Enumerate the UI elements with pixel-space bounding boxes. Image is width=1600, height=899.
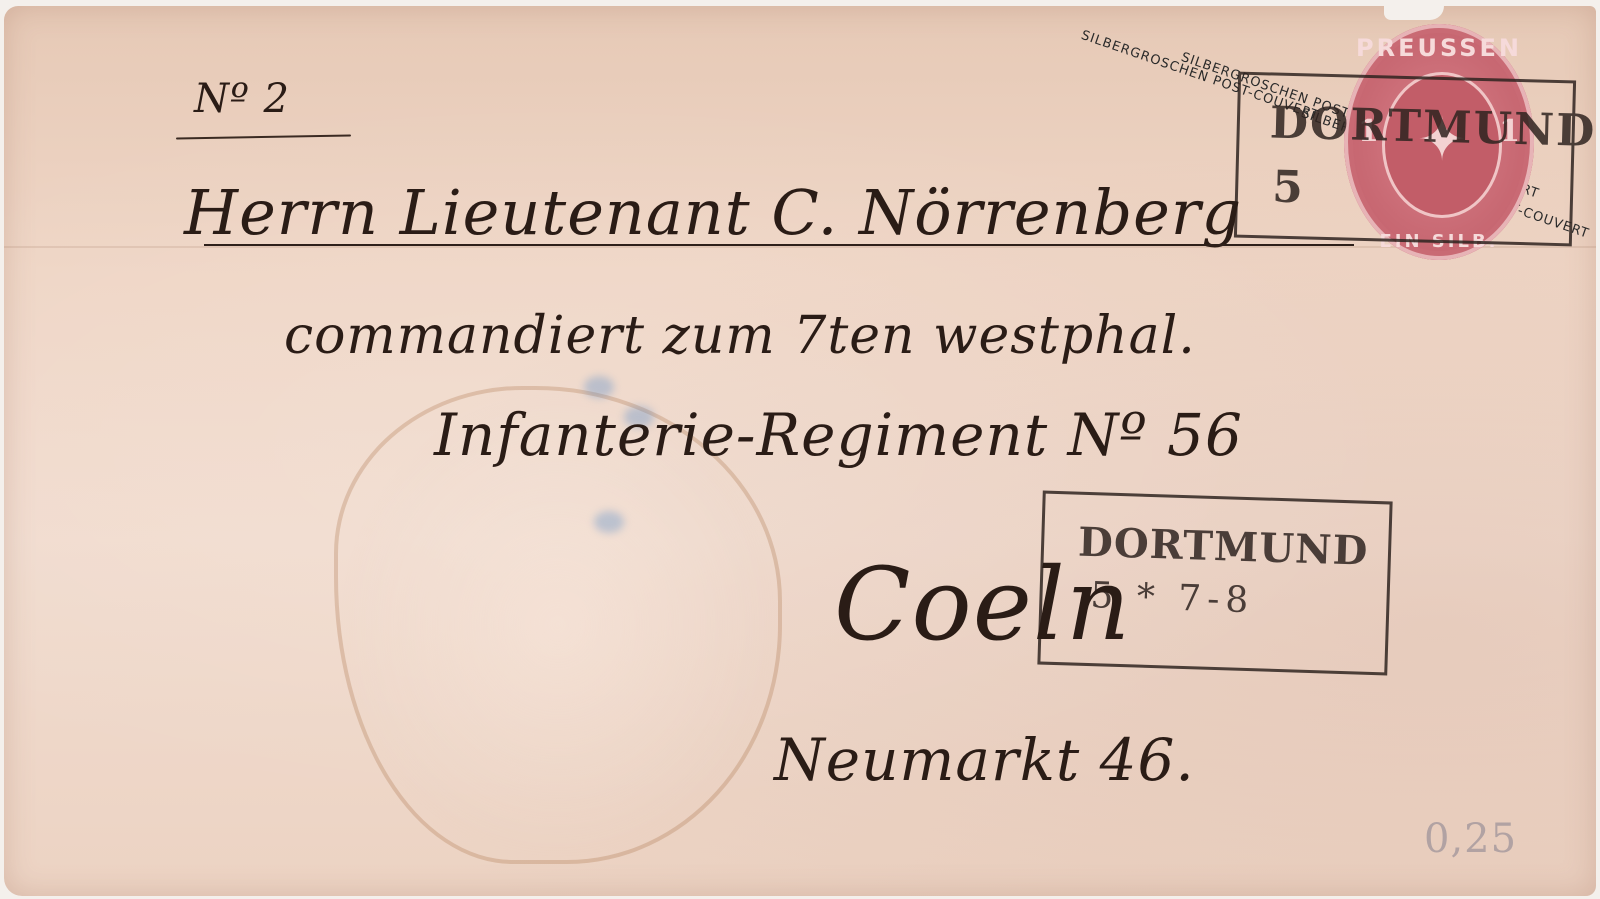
address-line-regiment: Infanterie-Regiment Nº 56 — [434, 401, 1243, 469]
ink-spot — [584, 376, 614, 398]
address-line-assignment: commandiert zum 7ten westphal. — [284, 306, 1196, 366]
address-line-street: Neumarkt 46. — [774, 726, 1195, 794]
item-number-note: Nº 2 — [194, 76, 290, 122]
postmark-city: DORTMUND — [1269, 97, 1596, 157]
torn-edge — [1384, 6, 1444, 20]
stamp-top-text: PREUSSEN — [1344, 34, 1534, 62]
ink-spot — [594, 511, 624, 533]
underline-stroke — [204, 244, 1354, 246]
postmark-date: 5 — [1272, 162, 1304, 214]
address-line-city: Coeln — [834, 546, 1131, 663]
envelope: SILBERGROSCHEN POST-COUVERT SILBERGROSCH… — [4, 6, 1596, 896]
address-line-recipient: Herrn Lieutenant C. Nörrenberg — [184, 176, 1242, 249]
pencil-price-note: 0,25 — [1424, 816, 1517, 862]
postmark-dortmund-top: DORTMUND 5 — [1234, 72, 1576, 247]
item-number-underline — [176, 134, 351, 139]
